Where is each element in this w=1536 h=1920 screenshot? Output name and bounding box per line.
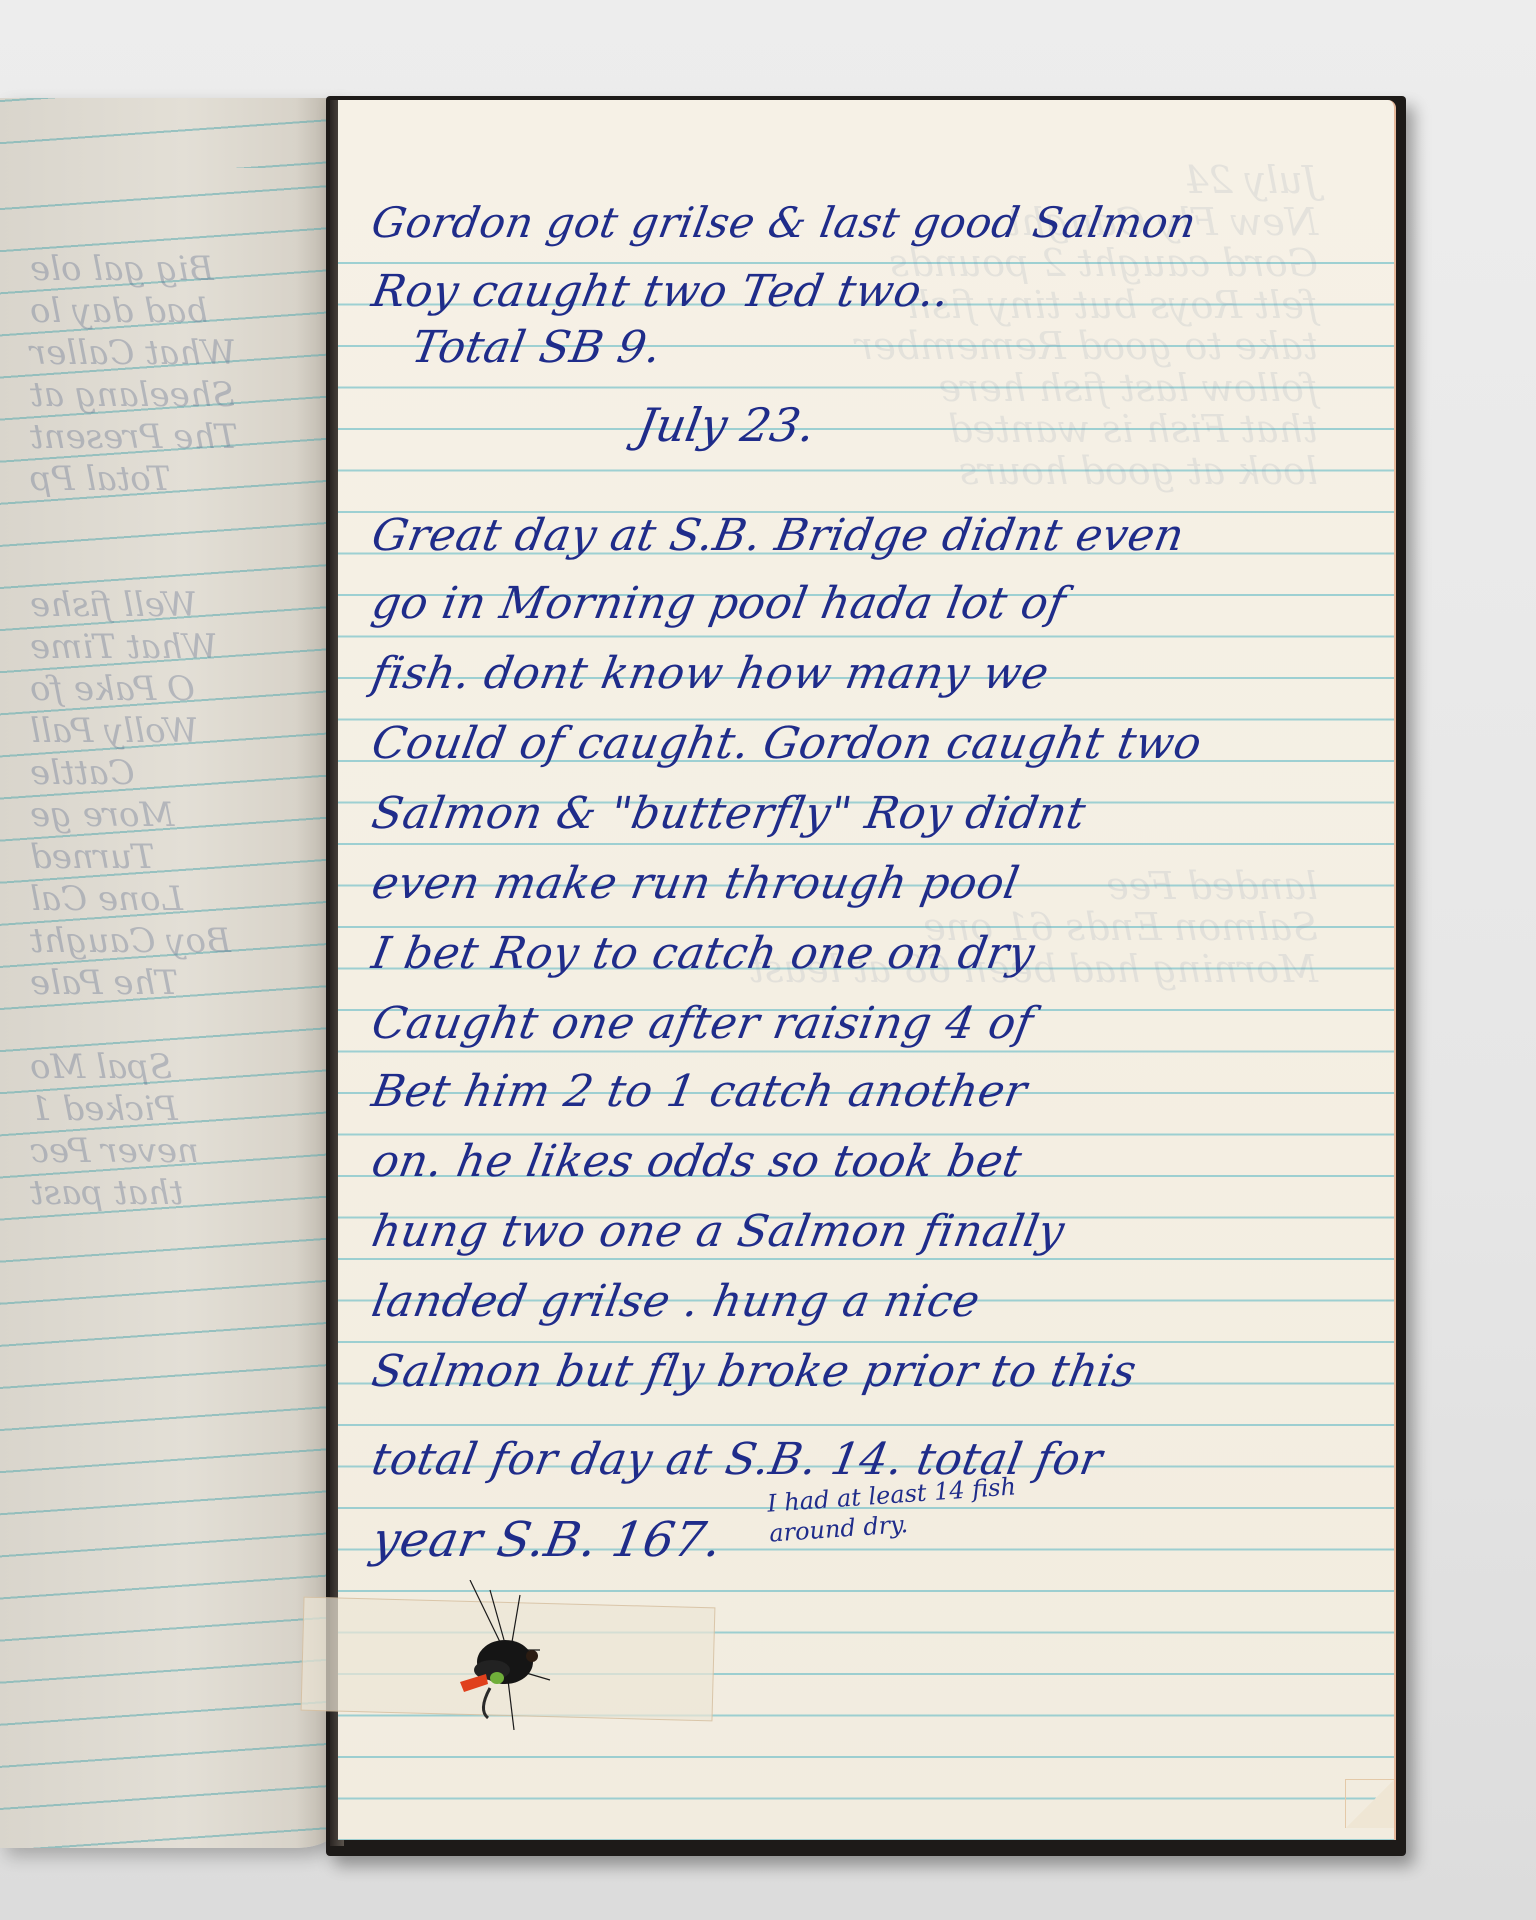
journal-line: Could of caught. Gordon caught two — [368, 718, 1206, 769]
left-page-bleed-text: Big gal ole bad day lo What Caller Sheel… — [0, 248, 336, 1214]
left-page: Big gal ole bad day lo What Caller Sheel… — [0, 98, 336, 1848]
entry-date: July 23. — [633, 398, 819, 452]
journal-line: Total SB 9. — [408, 322, 665, 373]
journal-line: Bet him 2 to 1 catch another — [368, 1066, 1031, 1117]
journal-line: Salmon & "butterfly" Roy didnt — [368, 788, 1090, 839]
journal-line: hung two one a Salmon finally — [368, 1206, 1068, 1257]
fishing-fly-icon — [430, 1580, 570, 1730]
page-corner-fold — [1345, 1779, 1394, 1828]
right-page: July 24 New Fly Caught Gord caught 2 pou… — [338, 100, 1396, 1840]
journal-line: go in Morning pool hada lot of — [368, 578, 1070, 629]
journal-entry: Gordon got grilse & last good Salmon Roy… — [338, 100, 1394, 1840]
journal-line: Roy caught two Ted two.. — [368, 266, 954, 317]
season-total: year S.B. 167. — [368, 1512, 726, 1568]
journal-line: fish. dont know how many we — [368, 648, 1053, 699]
journal-line: even make run through pool — [368, 858, 1023, 909]
journal-line: landed grilse . hung a nice — [368, 1276, 984, 1327]
journal-line: Great day at S.B. Bridge didnt even — [368, 510, 1188, 561]
journal-line: on. he likes odds so took bet — [368, 1136, 1026, 1187]
journal-line: I bet Roy to catch one on dry — [368, 928, 1039, 979]
journal-line: Caught one after raising 4 of — [368, 998, 1037, 1049]
journal-line: Gordon got grilse & last good Salmon — [368, 198, 1200, 247]
journal-line: Salmon but fly broke prior to this — [368, 1346, 1140, 1397]
